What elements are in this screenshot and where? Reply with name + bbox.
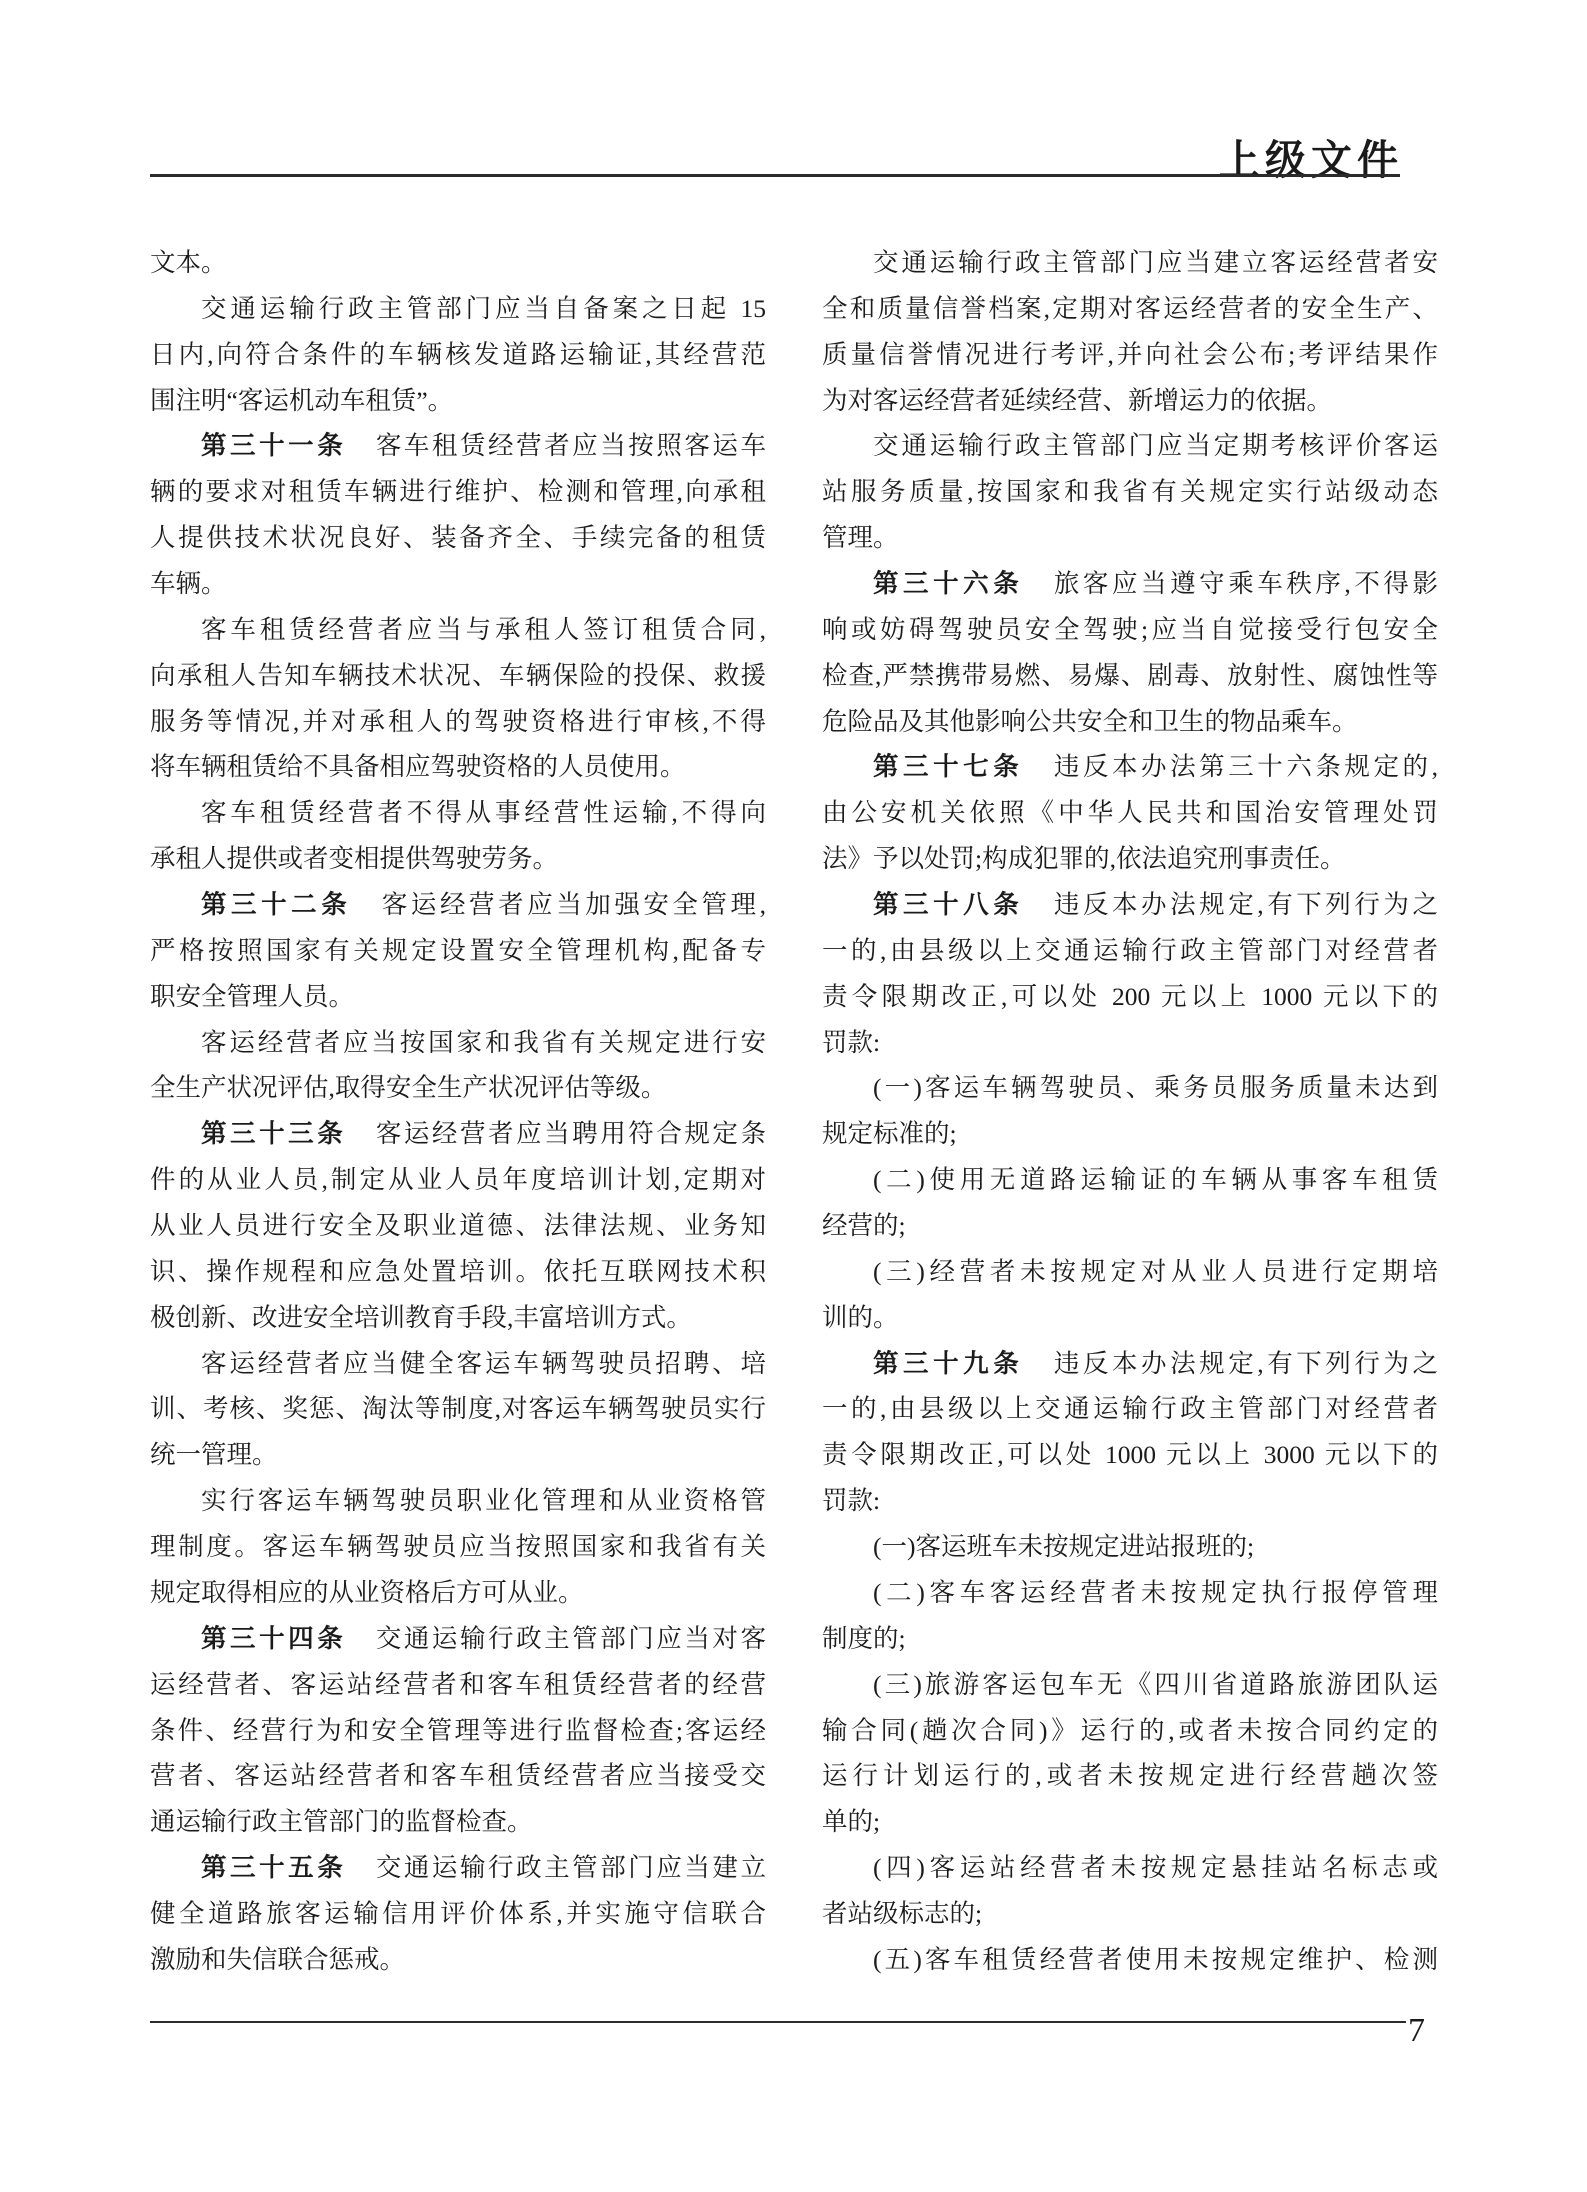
line-text: 交通运输行政主管部门应当自备案之日起 15 xyxy=(201,294,766,323)
text-line: 客运经营者应当健全客运车辆驾驶员招聘、培 xyxy=(150,1341,766,1387)
line-text: 客车租赁经营者不得从事经营性运输,不得向 xyxy=(201,798,766,827)
text-line: (二)客车客运经营者未按规定执行报停管理 xyxy=(822,1570,1438,1616)
text-line: 健全道路旅客运输信用评价体系,并实施守信联合 xyxy=(150,1891,766,1937)
line-text: 制度的; xyxy=(822,1624,906,1653)
article-number-label: 第三十五条 xyxy=(201,1853,346,1882)
text-line: 实行客运车辆驾驶员职业化管理和从业资格管 xyxy=(150,1478,766,1524)
text-line: 质量信誉情况进行考评,并向社会公布;考评结果作 xyxy=(822,332,1438,378)
line-text: (一)客运车辆驾驶员、乘务员服务质量未达到 xyxy=(873,1073,1438,1102)
line-text: 理制度。客运车辆驾驶员应当按照国家和我省有关 xyxy=(150,1532,766,1561)
line-text: 承租人提供或者变相提供驾驶劳务。 xyxy=(150,844,558,873)
line-text: (二)客车客运经营者未按规定执行报停管理 xyxy=(873,1578,1438,1607)
line-text: 客运经营者应当聘用符合规定条 xyxy=(373,1119,766,1148)
text-line: (四)客运站经营者未按规定悬挂站名标志或 xyxy=(822,1845,1438,1891)
text-line: 运行计划运行的,或者未按规定进行经营趟次签 xyxy=(822,1753,1438,1799)
line-text: 将车辆租赁给不具备相应驾驶资格的人员使用。 xyxy=(150,752,686,781)
text-line: 激励和失信联合惩戒。 xyxy=(150,1937,766,1983)
text-line: 围注明“客运机动车租赁”。 xyxy=(150,378,766,424)
line-text: (三)旅游客运包车无《四川省道路旅游团队运 xyxy=(873,1670,1438,1699)
line-text: 违反本办法规定,有下列行为之 xyxy=(1050,890,1438,919)
text-line: 客车租赁经营者不得从事经营性运输,不得向 xyxy=(150,790,766,836)
line-text: 客运经营者应当按国家和我省有关规定进行安 xyxy=(201,1028,766,1057)
line-text: 日内,向符合条件的车辆核发道路运输证,其经营范 xyxy=(150,340,766,369)
text-line: 营者、客运站经营者和客车租赁经营者应当接受交 xyxy=(150,1753,766,1799)
text-line: 统一管理。 xyxy=(150,1432,766,1478)
line-text: 客车租赁经营者应当按照客运车 xyxy=(373,431,766,460)
text-line: 第三十八条违反本办法规定,有下列行为之 xyxy=(822,882,1438,928)
text-line: 严格按照国家有关规定设置安全管理机构,配备专 xyxy=(150,928,766,974)
line-text: 危险品及其他影响公共安全和卫生的物品乘车。 xyxy=(822,707,1358,736)
line-text: 健全道路旅客运输信用评价体系,并实施守信联合 xyxy=(150,1899,766,1928)
line-text: 通运输行政主管部门的监督检查。 xyxy=(150,1807,533,1836)
line-text: 训、考核、奖惩、淘汰等制度,对客运车辆驾驶员实行 xyxy=(150,1394,766,1423)
line-text: 统一管理。 xyxy=(150,1440,278,1469)
text-line: (五)客车租赁经营者使用未按规定维护、检测 xyxy=(822,1937,1438,1983)
text-line: 第三十四条交通运输行政主管部门应当对客 xyxy=(150,1616,766,1662)
line-text: 为对客运经营者延续经营、新增运力的依据。 xyxy=(822,386,1332,415)
text-column-right: 交通运输行政主管部门应当建立客运经营者安全和质量信誉档案,定期对客运经营者的安全… xyxy=(822,240,1438,1983)
text-line: (三)经营者未按规定对从业人员进行定期培 xyxy=(822,1249,1438,1295)
line-text: (五)客车租赁经营者使用未按规定维护、检测 xyxy=(873,1945,1438,1974)
line-text: 规定取得相应的从业资格后方可从业。 xyxy=(150,1578,584,1607)
text-line: (一)客运班车未按规定进站报班的; xyxy=(822,1524,1438,1570)
line-text: 从业人员进行安全及职业道德、法律法规、业务知 xyxy=(150,1211,766,1240)
line-text: 客车租赁经营者应当与承租人签订租赁合同, xyxy=(201,615,766,644)
article-number-label: 第三十二条 xyxy=(201,890,351,919)
line-text: 客运经营者应当加强安全管理, xyxy=(378,890,766,919)
text-line: 服务等情况,并对承租人的驾驶资格进行审核,不得 xyxy=(150,699,766,745)
line-text: (二)使用无道路运输证的车辆从事客车租赁 xyxy=(873,1165,1438,1194)
line-text: 训的。 xyxy=(822,1303,899,1332)
text-line: 第三十一条客车租赁经营者应当按照客运车 xyxy=(150,423,766,469)
text-line: 第三十五条交通运输行政主管部门应当建立 xyxy=(150,1845,766,1891)
line-text: 文本。 xyxy=(150,248,227,277)
text-line: 日内,向符合条件的车辆核发道路运输证,其经营范 xyxy=(150,332,766,378)
text-line: 一的,由县级以上交通运输行政主管部门对经营者 xyxy=(822,1386,1438,1432)
line-text: 交通运输行政主管部门应当建立客运经营者安 xyxy=(873,248,1438,277)
line-text: 件的从业人员,制定从业人员年度培训计划,定期对 xyxy=(150,1165,766,1194)
text-line: 经营的; xyxy=(822,1203,1438,1249)
page-number: 7 xyxy=(1408,2012,1425,2049)
text-line: 承租人提供或者变相提供驾驶劳务。 xyxy=(150,836,766,882)
text-line: 法》予以处罚;构成犯罪的,依法追究刑事责任。 xyxy=(822,836,1438,882)
line-text: 法》予以处罚;构成犯罪的,依法追究刑事责任。 xyxy=(822,844,1345,873)
text-line: 识、操作规程和应急处置培训。依托互联网技术积 xyxy=(150,1249,766,1295)
line-text: 罚款: xyxy=(822,1028,880,1057)
line-text: 违反本办法规定,有下列行为之 xyxy=(1050,1349,1438,1378)
page-header-title: 上级文件 xyxy=(1219,127,1403,186)
text-line: 者站级标志的; xyxy=(822,1891,1438,1937)
text-line: 危险品及其他影响公共安全和卫生的物品乘车。 xyxy=(822,699,1438,745)
line-text: 极创新、改进安全培训教育手段,丰富培训方式。 xyxy=(150,1303,692,1332)
line-text: 围注明“客运机动车租赁”。 xyxy=(150,386,453,415)
text-line: 响或妨碍驾驶员安全驾驶;应当自觉接受行包安全 xyxy=(822,607,1438,653)
text-column-left: 文本。交通运输行政主管部门应当自备案之日起 15日内,向符合条件的车辆核发道路运… xyxy=(150,240,766,1983)
text-line: 全和质量信誉档案,定期对客运经营者的安全生产、 xyxy=(822,286,1438,332)
text-line: 条件、经营行为和安全管理等进行监督检查;客运经 xyxy=(150,1708,766,1754)
text-line: 第三十七条违反本办法第三十六条规定的, xyxy=(822,744,1438,790)
line-text: 运行计划运行的,或者未按规定进行经营趟次签 xyxy=(822,1761,1438,1790)
header-rule xyxy=(150,174,1400,177)
line-text: 人提供技术状况良好、装备齐全、手续完备的租赁 xyxy=(150,523,766,552)
text-line: 将车辆租赁给不具备相应驾驶资格的人员使用。 xyxy=(150,744,766,790)
article-number-label: 第三十六条 xyxy=(873,569,1023,598)
line-text: 向承租人告知车辆技术状况、车辆保险的投保、救援 xyxy=(150,661,766,690)
text-line: 理制度。客运车辆驾驶员应当按照国家和我省有关 xyxy=(150,1524,766,1570)
line-text: 激励和失信联合惩戒。 xyxy=(150,1945,405,1974)
line-text: (四)客运站经营者未按规定悬挂站名标志或 xyxy=(873,1853,1438,1882)
text-line: 人提供技术状况良好、装备齐全、手续完备的租赁 xyxy=(150,515,766,561)
text-line: 全生产状况评估,取得安全生产状况评估等级。 xyxy=(150,1065,766,1111)
text-line: 责令限期改正,可以处 1000 元以上 3000 元以下的 xyxy=(822,1432,1438,1478)
line-text: 全和质量信誉档案,定期对客运经营者的安全生产、 xyxy=(822,294,1438,323)
text-line: 制度的; xyxy=(822,1616,1438,1662)
line-text: 单的; xyxy=(822,1807,880,1836)
text-line: 规定标准的; xyxy=(822,1111,1438,1157)
line-text: 由公安机关依照《中华人民共和国治安管理处罚 xyxy=(822,798,1438,827)
line-text: 交通运输行政主管部门应当定期考核评价客运 xyxy=(873,431,1438,460)
text-line: 车辆。 xyxy=(150,561,766,607)
text-line: 第三十六条旅客应当遵守乘车秩序,不得影 xyxy=(822,561,1438,607)
text-line: 由公安机关依照《中华人民共和国治安管理处罚 xyxy=(822,790,1438,836)
line-text: (一)客运班车未按规定进站报班的; xyxy=(873,1532,1254,1561)
line-text: 严格按照国家有关规定设置安全管理机构,配备专 xyxy=(150,936,766,965)
line-text: 实行客运车辆驾驶员职业化管理和从业资格管 xyxy=(201,1486,766,1515)
line-text: 一的,由县级以上交通运输行政主管部门对经营者 xyxy=(822,1394,1438,1423)
line-text: 辆的要求对租赁车辆进行维护、检测和管理,向承租 xyxy=(150,477,766,506)
line-text: 责令限期改正,可以处 200 元以上 1000 元以下的 xyxy=(822,982,1438,1011)
text-line: 罚款: xyxy=(822,1020,1438,1066)
line-text: 客运经营者应当健全客运车辆驾驶员招聘、培 xyxy=(201,1349,766,1378)
text-line: (三)旅游客运包车无《四川省道路旅游团队运 xyxy=(822,1662,1438,1708)
article-number-label: 第三十四条 xyxy=(201,1624,346,1653)
article-number-label: 第三十八条 xyxy=(873,890,1023,919)
text-line: 管理。 xyxy=(822,515,1438,561)
line-text: 站服务质量,按国家和我省有关规定实行站级动态 xyxy=(822,477,1438,506)
line-text: 全生产状况评估,取得安全生产状况评估等级。 xyxy=(150,1073,666,1102)
text-line: (二)使用无道路运输证的车辆从事客车租赁 xyxy=(822,1157,1438,1203)
text-line: 从业人员进行安全及职业道德、法律法规、业务知 xyxy=(150,1203,766,1249)
line-text: 服务等情况,并对承租人的驾驶资格进行审核,不得 xyxy=(150,707,766,736)
line-text: 者站级标志的; xyxy=(822,1899,982,1928)
line-text: 规定标准的; xyxy=(822,1119,957,1148)
text-line: 交通运输行政主管部门应当定期考核评价客运 xyxy=(822,423,1438,469)
text-line: 检查,严禁携带易燃、易爆、剧毒、放射性、腐蚀性等 xyxy=(822,653,1438,699)
text-line: 为对客运经营者延续经营、新增运力的依据。 xyxy=(822,378,1438,424)
line-text: 管理。 xyxy=(822,523,899,552)
line-text: (三)经营者未按规定对从业人员进行定期培 xyxy=(873,1257,1438,1286)
text-line: 第三十二条客运经营者应当加强安全管理, xyxy=(150,882,766,928)
text-line: 交通运输行政主管部门应当自备案之日起 15 xyxy=(150,286,766,332)
article-number-label: 第三十七条 xyxy=(873,752,1023,781)
text-line: 第三十九条违反本办法规定,有下列行为之 xyxy=(822,1341,1438,1387)
text-line: 文本。 xyxy=(150,240,766,286)
text-line: 向承租人告知车辆技术状况、车辆保险的投保、救援 xyxy=(150,653,766,699)
document-page: 上级文件 文本。交通运输行政主管部门应当自备案之日起 15日内,向符合条件的车辆… xyxy=(0,0,1587,2192)
line-text: 条件、经营行为和安全管理等进行监督检查;客运经 xyxy=(150,1716,766,1745)
line-text: 识、操作规程和应急处置培训。依托互联网技术积 xyxy=(150,1257,766,1286)
text-line: 客车租赁经营者应当与承租人签订租赁合同, xyxy=(150,607,766,653)
text-line: 一的,由县级以上交通运输行政主管部门对经营者 xyxy=(822,928,1438,974)
line-text: 一的,由县级以上交通运输行政主管部门对经营者 xyxy=(822,936,1438,965)
text-line: 规定取得相应的从业资格后方可从业。 xyxy=(150,1570,766,1616)
text-line: (一)客运车辆驾驶员、乘务员服务质量未达到 xyxy=(822,1065,1438,1111)
text-line: 罚款: xyxy=(822,1478,1438,1524)
text-line: 输合同(趟次合同)》运行的,或者未按合同约定的 xyxy=(822,1708,1438,1754)
line-text: 职安全管理人员。 xyxy=(150,982,354,1011)
text-line: 单的; xyxy=(822,1799,1438,1845)
line-text: 罚款: xyxy=(822,1486,880,1515)
line-text: 交通运输行政主管部门应当建立 xyxy=(373,1853,766,1882)
line-text: 责令限期改正,可以处 1000 元以上 3000 元以下的 xyxy=(822,1440,1438,1469)
article-number-label: 第三十一条 xyxy=(201,431,346,460)
text-line: 运经营者、客运站经营者和客车租赁经营者的经营 xyxy=(150,1662,766,1708)
line-text: 响或妨碍驾驶员安全驾驶;应当自觉接受行包安全 xyxy=(822,615,1438,644)
line-text: 检查,严禁携带易燃、易爆、剧毒、放射性、腐蚀性等 xyxy=(822,661,1438,690)
text-line: 第三十三条客运经营者应当聘用符合规定条 xyxy=(150,1111,766,1157)
line-text: 输合同(趟次合同)》运行的,或者未按合同约定的 xyxy=(822,1716,1438,1745)
text-line: 辆的要求对租赁车辆进行维护、检测和管理,向承租 xyxy=(150,469,766,515)
text-line: 通运输行政主管部门的监督检查。 xyxy=(150,1799,766,1845)
text-line: 训的。 xyxy=(822,1295,1438,1341)
article-number-label: 第三十三条 xyxy=(201,1119,346,1148)
text-line: 交通运输行政主管部门应当建立客运经营者安 xyxy=(822,240,1438,286)
line-text: 交通运输行政主管部门应当对客 xyxy=(373,1624,766,1653)
text-line: 客运经营者应当按国家和我省有关规定进行安 xyxy=(150,1020,766,1066)
line-text: 经营的; xyxy=(822,1211,906,1240)
text-line: 责令限期改正,可以处 200 元以上 1000 元以下的 xyxy=(822,974,1438,1020)
text-line: 训、考核、奖惩、淘汰等制度,对客运车辆驾驶员实行 xyxy=(150,1386,766,1432)
line-text: 违反本办法第三十六条规定的, xyxy=(1050,752,1438,781)
line-text: 旅客应当遵守乘车秩序,不得影 xyxy=(1050,569,1438,598)
line-text: 营者、客运站经营者和客车租赁经营者应当接受交 xyxy=(150,1761,766,1790)
line-text: 运经营者、客运站经营者和客车租赁经营者的经营 xyxy=(150,1670,766,1699)
article-number-label: 第三十九条 xyxy=(873,1349,1023,1378)
footer-rule xyxy=(150,2021,1406,2023)
line-text: 质量信誉情况进行考评,并向社会公布;考评结果作 xyxy=(822,340,1438,369)
text-line: 职安全管理人员。 xyxy=(150,974,766,1020)
text-line: 件的从业人员,制定从业人员年度培训计划,定期对 xyxy=(150,1157,766,1203)
text-line: 极创新、改进安全培训教育手段,丰富培训方式。 xyxy=(150,1295,766,1341)
text-line: 站服务质量,按国家和我省有关规定实行站级动态 xyxy=(822,469,1438,515)
line-text: 车辆。 xyxy=(150,569,227,598)
